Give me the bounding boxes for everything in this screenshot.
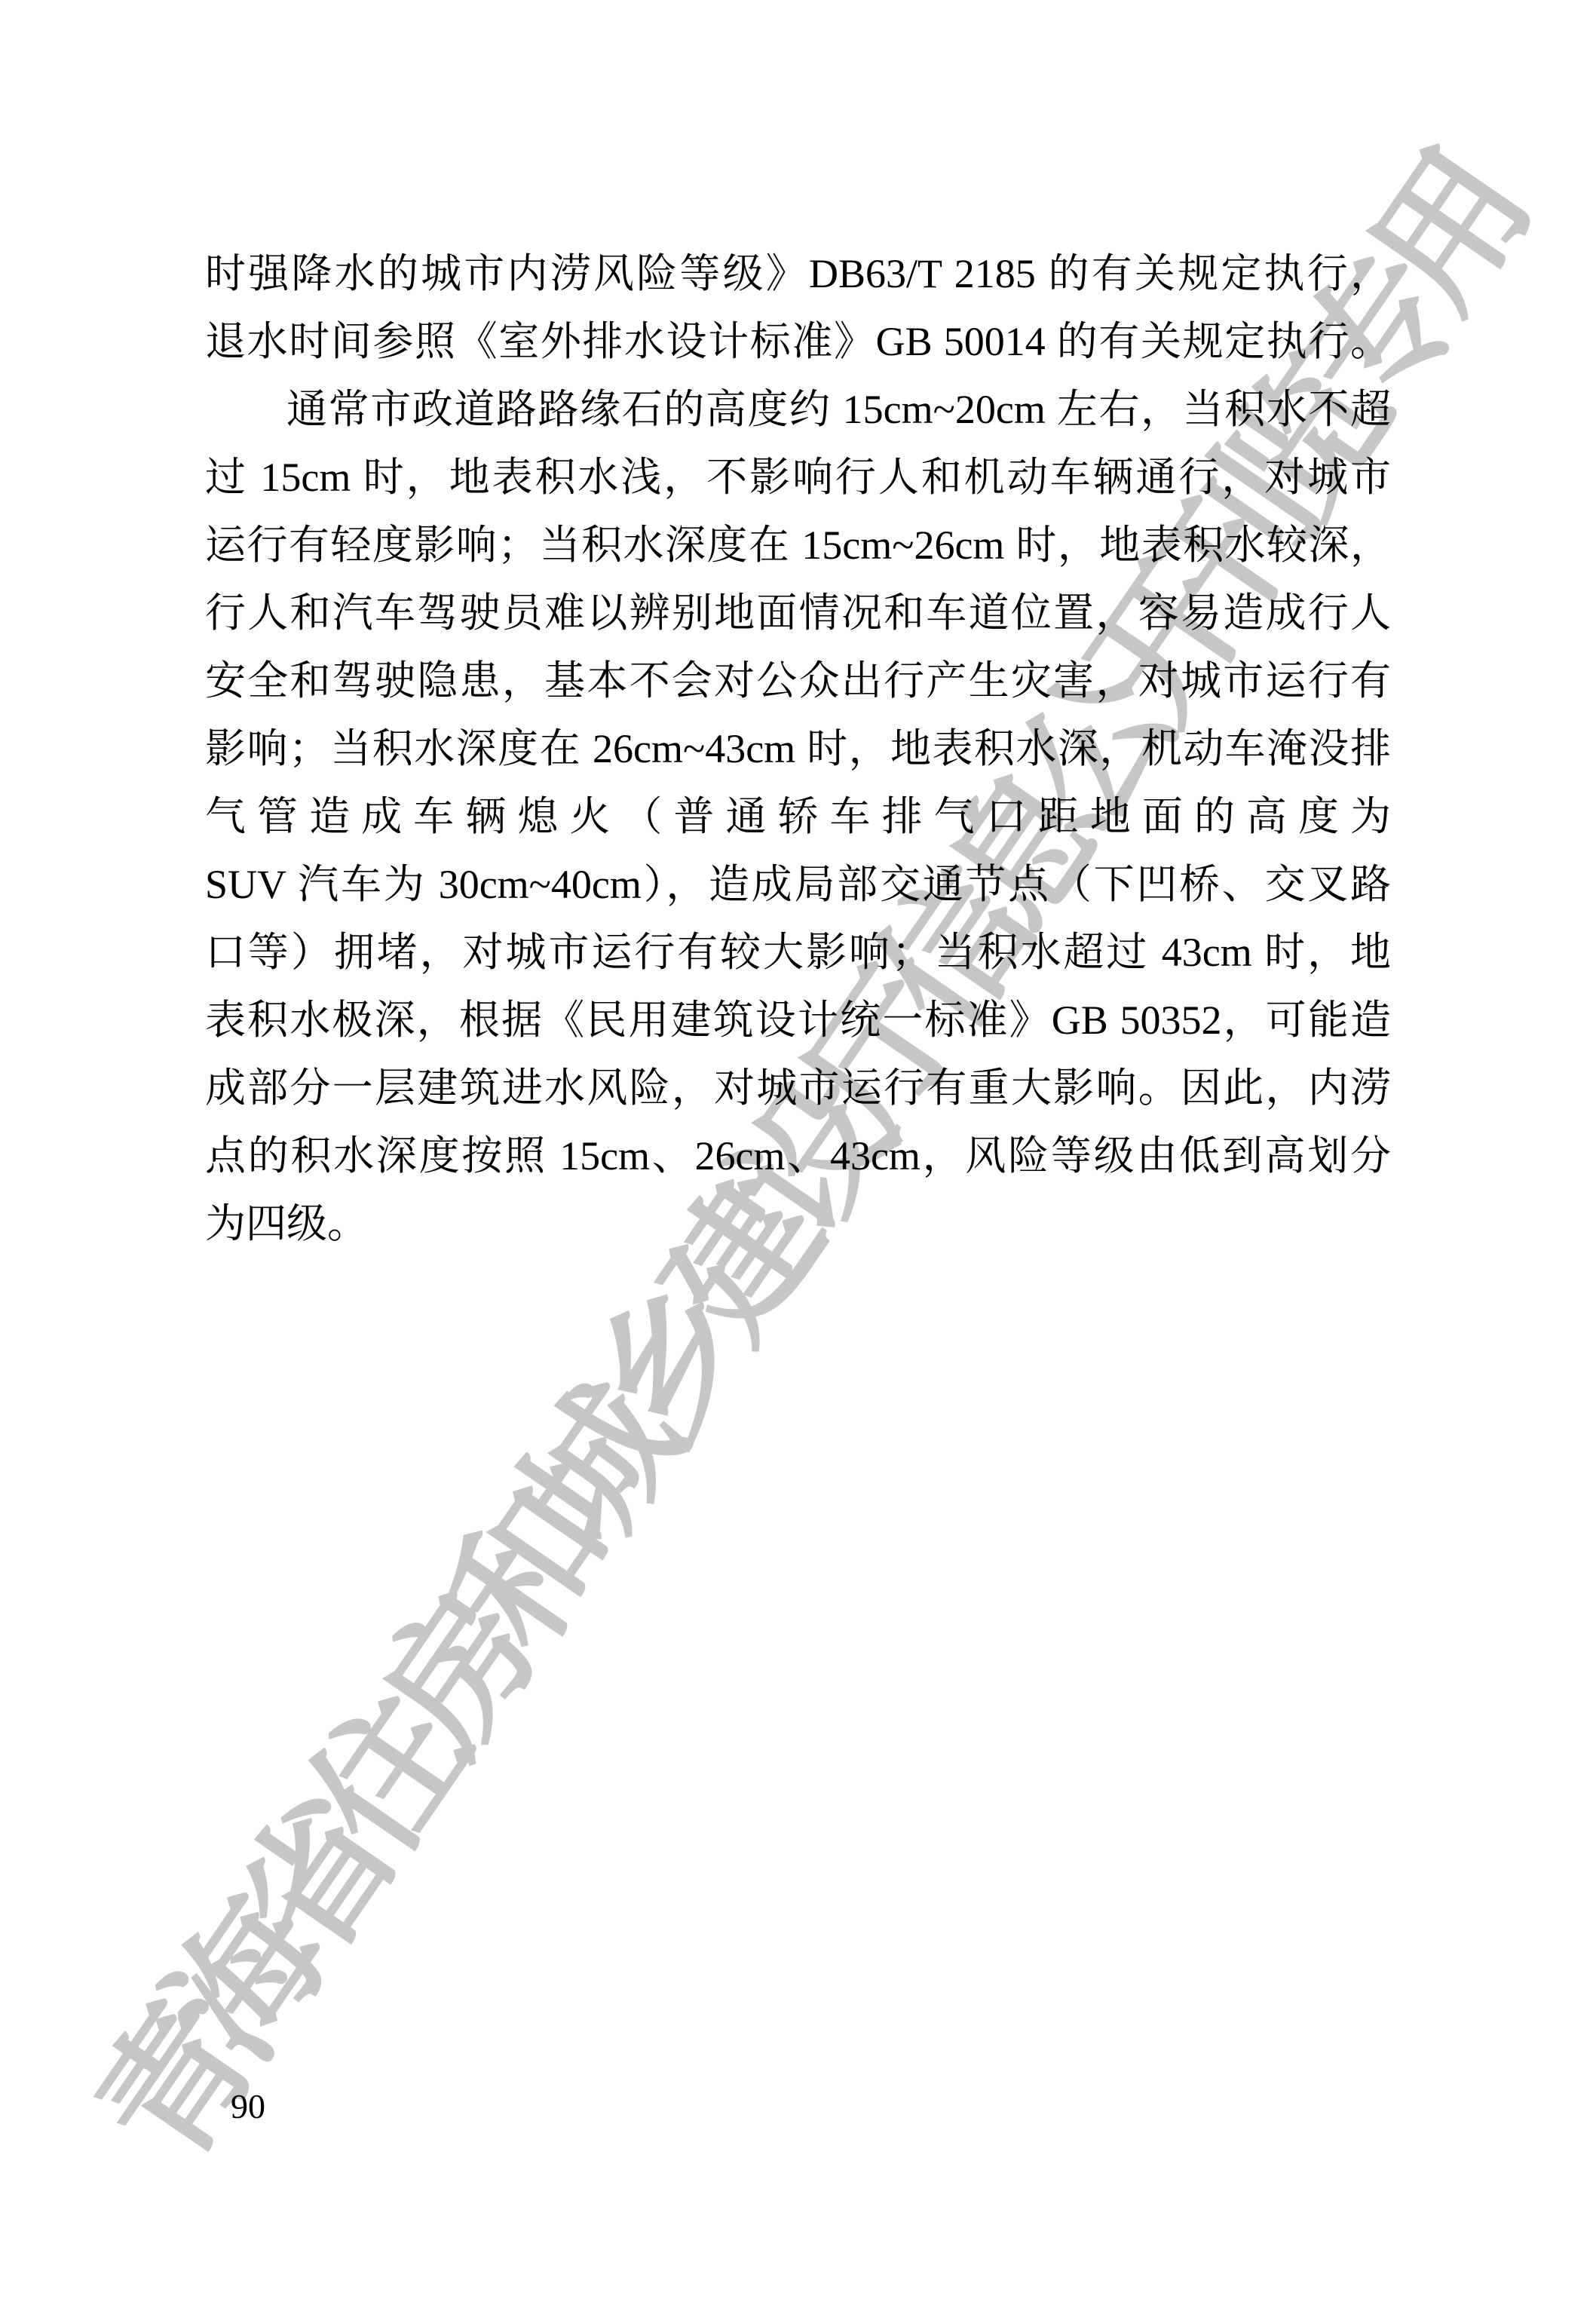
text-line: 影响；当积水深度在 26cm~43cm 时，地表积水深，机动车淹没排	[205, 715, 1391, 783]
page-number: 90	[231, 2086, 265, 2127]
text-line: 安全和驾驶隐患，基本不会对公众出行产生灾害，对城市运行有	[205, 647, 1391, 715]
text-line: 为四级。	[205, 1190, 1391, 1258]
text-line: 行人和汽车驾驶员难以辨别地面情况和车道位置，容易造成行人	[205, 579, 1391, 647]
text-line: 退水时间参照《室外排水设计标准》GB 50014 的有关规定执行。	[205, 308, 1391, 375]
text-line: 点的积水深度按照 15cm、26cm、43cm，风险等级由低到高划分	[205, 1122, 1391, 1190]
text-line: 成部分一层建筑进水风险，对城市运行有重大影响。因此，内涝	[205, 1054, 1391, 1122]
text-line: 运行有轻度影响；当积水深度在 15cm~26cm 时，地表积水较深，	[205, 511, 1391, 579]
text-line: SUV 汽车为 30cm~40cm），造成局部交通节点（下凹桥、交叉路	[205, 851, 1391, 918]
text-line: 表积水极深，根据《民用建筑设计统一标准》GB 50352，可能造	[205, 986, 1391, 1054]
text-line: 口等）拥堵，对城市运行有较大影响；当积水超过 43cm 时，地	[205, 918, 1391, 986]
text-line: 通常市政道路路缘石的高度约 15cm~20cm 左右，当积水不超	[205, 375, 1391, 443]
document-page: 青海省住房和城乡建设厅信息公开刊览专用 时强降水的城市内涝风险等级》DB63/T…	[0, 0, 1596, 2314]
body-text: 时强降水的城市内涝风险等级》DB63/T 2185 的有关规定执行，退水时间参照…	[205, 240, 1391, 1258]
text-line: 时强降水的城市内涝风险等级》DB63/T 2185 的有关规定执行，	[205, 240, 1391, 308]
text-line: 气管造成车辆熄火（普通轿车排气口距地面的高度为 20cm~30cm，	[205, 783, 1391, 851]
text-line: 过 15cm 时，地表积水浅，不影响行人和机动车辆通行，对城市	[205, 443, 1391, 511]
